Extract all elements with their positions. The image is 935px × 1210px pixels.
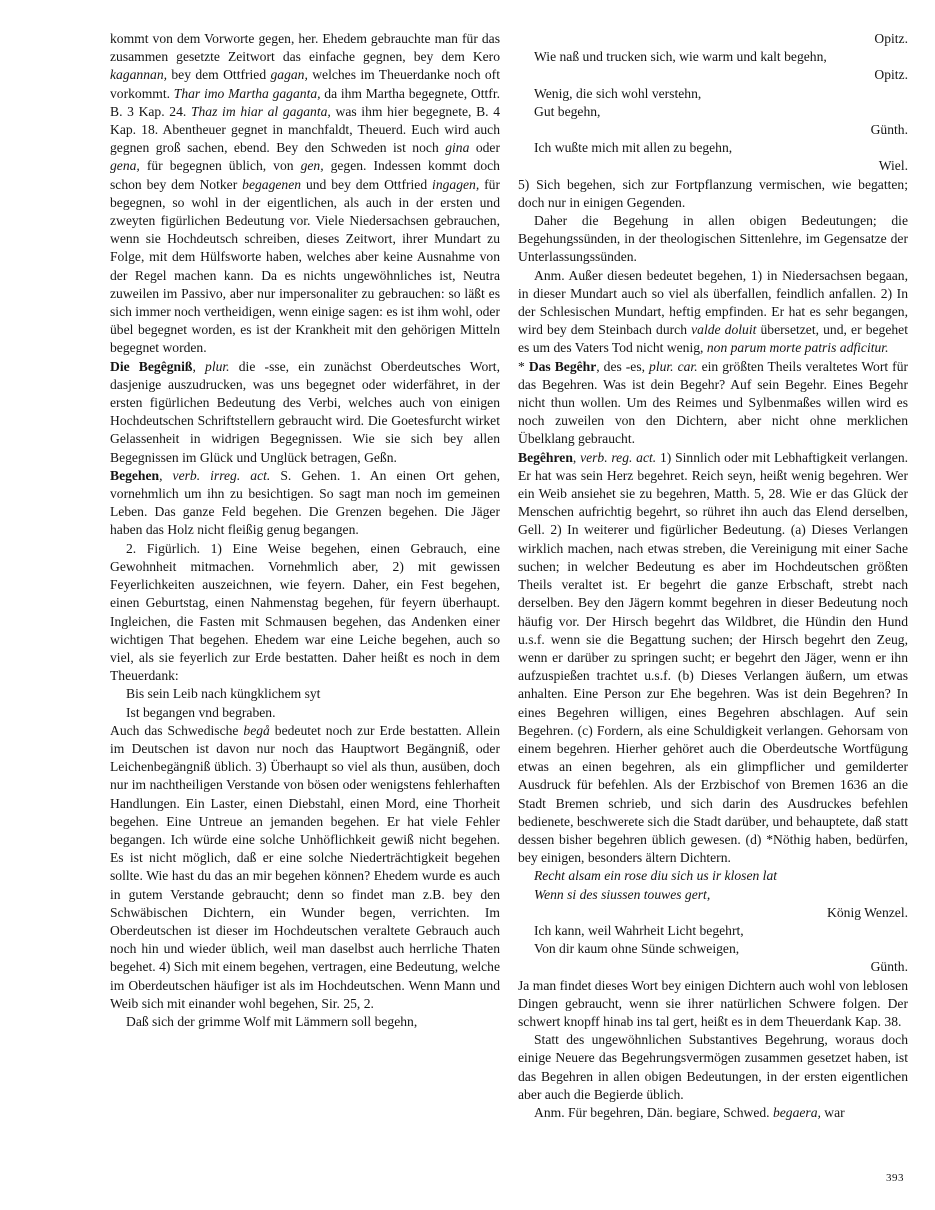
entry-headword: Begêhren (518, 450, 573, 465)
verse-attribution: Opitz. (518, 66, 908, 84)
entry-begehren: Begêhren, verb. reg. act. 1) Sinnlich od… (518, 449, 908, 868)
verse-attribution: Günth. (518, 958, 908, 976)
verse-attribution: Wiel. (518, 157, 908, 175)
paragraph-note-2: Anm. Für begehren, Dän. begiare, Schwed.… (518, 1104, 908, 1122)
entry-headword: Die Begêgniß (110, 359, 192, 374)
verse-line: Wenn si des siussen touwes gert, (518, 886, 908, 904)
verse-line: Daß sich der grimme Wolf mit Lämmern sol… (110, 1013, 500, 1031)
verse-line: Recht alsam ein rose diu sich us ir klos… (518, 867, 908, 885)
paragraph-begehung: Daher die Begehung in allen obigen Bedeu… (518, 212, 908, 267)
verse-attribution: Opitz. (518, 30, 908, 48)
paragraph-sense-5: 5) Sich begehen, sich zur Fortpflanzung … (518, 176, 908, 212)
entry-headword: Begehen (110, 468, 159, 483)
paragraph-note: Anm. Außer diesen bedeutet begehen, 1) i… (518, 267, 908, 358)
verse-attribution: König Wenzel. (518, 904, 908, 922)
verse-line: Wenig, die sich wohl verstehn, (518, 85, 908, 103)
grammar-label: plur. car. (649, 359, 698, 374)
grammar-label: verb. reg. act. (580, 450, 656, 465)
grammar-label: plur. (205, 359, 230, 374)
verse-line: Ich wußte mich mit allen zu begehn, (518, 139, 908, 157)
paragraph-inanimate: Ja man findet dieses Wort bey einigen Di… (518, 977, 908, 1032)
verse-line: Ich kann, weil Wahrheit Licht begehrt, (518, 922, 908, 940)
left-column: kommt von dem Vorworte gegen, her. Ehede… (110, 30, 500, 1031)
grammar-label: verb. irreg. act. (173, 468, 271, 483)
paragraph-swedish: Auch das Schwedische begå bedeutet noch … (110, 722, 500, 1013)
entry-begehr: * Das Begêhr, des -es, plur. car. ein gr… (518, 358, 908, 449)
entry-begehen: Begehen, verb. irreg. act. S. Gehen. 1. … (110, 467, 500, 540)
page-number: 393 (886, 1172, 904, 1184)
paragraph-begehrung: Statt des ungewöhnlichen Substantives Be… (518, 1031, 908, 1104)
verse-attribution: Günth. (518, 121, 908, 139)
paragraph-figurative: 2. Figürlich. 1) Eine Weise begehen, ein… (110, 540, 500, 686)
verse-line: Von dir kaum ohne Sünde schweigen, (518, 940, 908, 958)
verse-line: Gut begehn, (518, 103, 908, 121)
paragraph-etymology: kommt von dem Vorworte gegen, her. Ehede… (110, 30, 500, 358)
entry-headword: Das Begêhr (529, 359, 596, 374)
entry-begegniss: Die Begêgniß, plur. die -sse, ein zunäch… (110, 358, 500, 467)
verse-line: Ist begangen vnd begraben. (110, 704, 500, 722)
right-column: Opitz. Wie naß und trucken sich, wie war… (518, 30, 908, 1122)
verse-line: Bis sein Leib nach küngklichem syt (110, 685, 500, 703)
verse-line: Wie naß und trucken sich, wie warm und k… (518, 48, 908, 66)
